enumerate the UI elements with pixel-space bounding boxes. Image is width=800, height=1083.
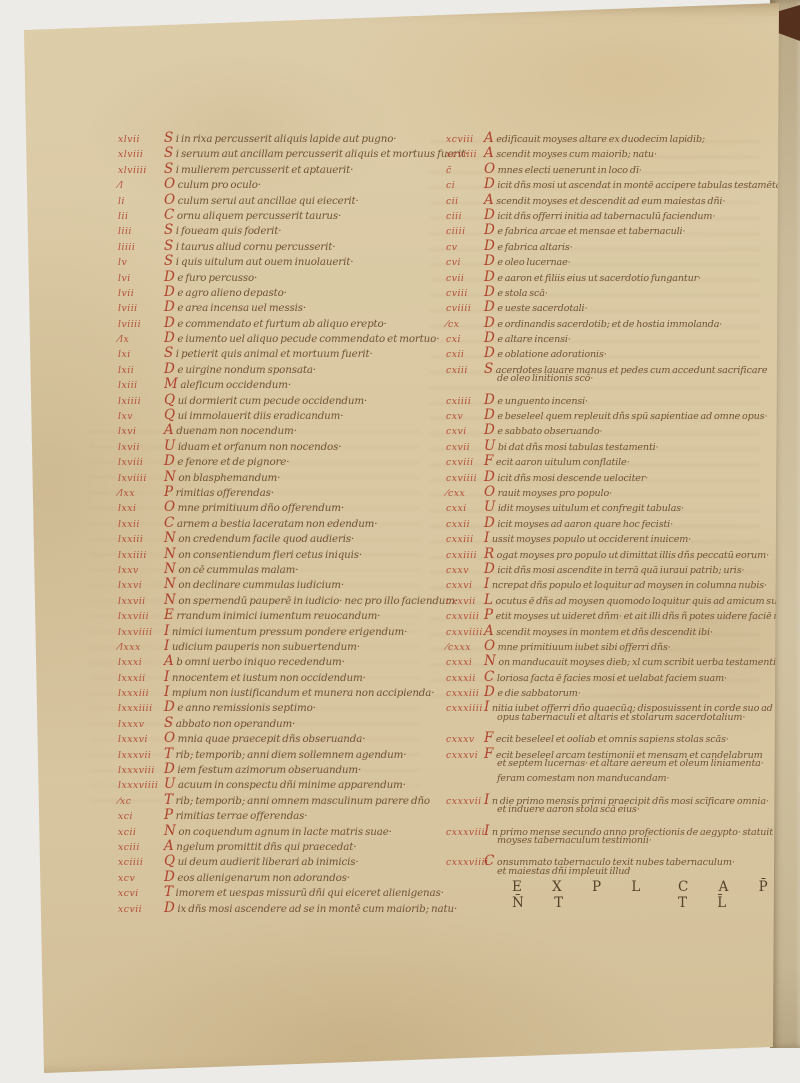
- initial-letter: S: [164, 130, 173, 146]
- entry-text: mnia quae praecepit dñs obseruanda·: [178, 733, 366, 745]
- initial-letter: D: [484, 299, 495, 315]
- chapter-numeral: cxxxiii: [446, 688, 484, 699]
- chapter-numeral: xlviiii: [118, 165, 164, 176]
- chapter-numeral: lxii: [118, 365, 164, 376]
- entry-line: Sabbato non operandum·: [164, 712, 295, 731]
- chapter-numeral: lxxxv: [118, 719, 164, 730]
- chapter-numeral: ⁄cxx: [446, 488, 484, 499]
- entry-text: on credendum facile quod audieris·: [178, 533, 354, 545]
- entry-line: Dicit dñs mosi descende uelociter·: [484, 466, 648, 485]
- initial-letter: Q: [164, 853, 175, 869]
- entry-text-continued: de oleo linitionis scō·: [497, 373, 593, 384]
- chapter-numeral: ⁄lxx: [118, 488, 164, 499]
- entry-text: i petierit quis animal et mortuum fuerit…: [176, 348, 373, 360]
- entry-line: Qui dormierit cum pecude occidendum·: [164, 389, 367, 408]
- chapter-numeral: xlvii: [118, 134, 164, 145]
- chapter-numeral: cxiii: [446, 365, 484, 376]
- chapter-numeral: ciii: [446, 211, 484, 222]
- initial-letter: D: [164, 761, 175, 777]
- entry-text: nnocentem et iustum non occidendum·: [172, 672, 366, 684]
- chapter-numeral: ⁄lx: [118, 334, 164, 345]
- chapter-numeral: lxxiiii: [118, 550, 164, 561]
- entry-text: mnes electi uenerunt in loco dī·: [498, 165, 642, 176]
- entry-text: icit dñs offerri initia ad tabernaculū f…: [497, 211, 715, 222]
- initial-letter: U: [164, 776, 175, 792]
- chapter-numeral: cxxviii: [446, 611, 484, 622]
- chapter-numeral: lxxviiii: [118, 627, 164, 638]
- initial-letter: D: [484, 238, 495, 254]
- entry-line: Ascendit moyses cum maiorib; natu·: [484, 142, 657, 161]
- entry-line: Maleficum occidendum·: [164, 373, 291, 392]
- chapter-numeral: cxxxvi: [446, 750, 484, 761]
- initial-letter: F: [484, 746, 493, 762]
- chapter-numeral: xcvi: [118, 888, 164, 899]
- initial-letter: S: [164, 238, 173, 254]
- entry-text: e fabrica altaris·: [497, 242, 572, 253]
- chapter-numeral: xcii: [118, 827, 164, 838]
- entry-line: Increpat dñs populo et loquitur ad moyse…: [484, 573, 767, 592]
- capitulum-entry: lxxxvSabbato non operandum·: [118, 712, 463, 727]
- chapter-numeral: lxvi: [118, 426, 164, 437]
- capitulum-entry: lxxiiCarnem a bestia laceratam non edend…: [118, 512, 463, 527]
- initial-letter: O: [484, 638, 495, 654]
- entry-text: idit moyses uitulum et confregit tabulas…: [498, 503, 684, 514]
- entry-text: etit moyses ut uideret dñm· et ait illi …: [496, 611, 800, 622]
- entry-line: Si in rixa percusserit aliquis lapide au…: [164, 127, 396, 146]
- initial-letter: D: [484, 515, 495, 531]
- chapter-numeral: ciiii: [446, 226, 484, 237]
- entry-text-continued: et septem lucernas· et altare aereum et …: [497, 758, 764, 769]
- initial-letter: I: [484, 699, 489, 715]
- entry-line: Dicit dñs mosi ut ascendat in montē acci…: [484, 173, 784, 192]
- entry-text: iduam et orfanum non nocendos·: [178, 441, 341, 453]
- initial-letter: O: [164, 192, 175, 208]
- capitulum-entry: cxxiiDicit moyses ad aaron quare hoc fec…: [446, 512, 776, 527]
- chapter-numeral: lxxii: [118, 519, 164, 530]
- initial-letter: S: [164, 345, 173, 361]
- initial-letter: A: [484, 130, 494, 146]
- initial-letter: A: [484, 192, 494, 208]
- initial-letter: A: [164, 422, 174, 438]
- entry-text: e iumento uel aliquo pecude commendato e…: [177, 333, 439, 345]
- initial-letter: D: [484, 284, 495, 300]
- initial-letter: D: [484, 253, 495, 269]
- chapter-numeral: ⁄lxxx: [118, 642, 164, 653]
- initial-letter: O: [484, 484, 495, 500]
- chapter-numeral: cvi: [446, 257, 484, 268]
- chapter-numeral: cv: [446, 242, 484, 253]
- entry-text: rrandum inimici iumentum reuocandum·: [176, 610, 380, 622]
- entry-text: e ueste sacerdotali·: [497, 303, 587, 314]
- entry-text-continued: et induere aaron stola scā eius·: [497, 804, 640, 815]
- chapter-numeral: lxxv: [118, 565, 164, 576]
- initial-letter: A: [164, 653, 174, 669]
- entry-line: Non blasphemandum·: [164, 466, 280, 485]
- chapter-numeral: ⁄cx: [446, 319, 484, 330]
- initial-letter: C: [484, 853, 494, 869]
- chapter-numeral: lxv: [118, 411, 164, 422]
- entry-text: rimitias terrae offerendas·: [176, 810, 308, 822]
- entry-line: Non manducauit moyses dieb; xl cum scrib…: [484, 650, 779, 669]
- entry-line: De ueste sacerdotali·: [484, 296, 587, 315]
- chapter-numeral: ⁄xc: [118, 796, 164, 807]
- capitulum-entry: lxxiOmne primitiuum dño offerendum·: [118, 496, 463, 511]
- entry-text: mne primitiuum dño offerendum·: [178, 502, 344, 514]
- chapter-numeral: lxxvii: [118, 596, 164, 607]
- entry-line: De furo percusso·: [164, 266, 257, 285]
- entry-text: icit moyses ad aaron quare hoc fecisti·: [497, 519, 673, 530]
- entry-text: rib; temporib; anni omnem masculinum par…: [176, 795, 430, 807]
- capitulum-entry: c̄Omnes electi uenerunt in loco dī·: [446, 158, 776, 173]
- initial-letter: P: [484, 607, 493, 623]
- entry-text: e aaron et filiis eius ut sacerdotio fun…: [497, 273, 701, 284]
- entry-line: Ascendit moyses in montem et dñs descend…: [484, 620, 713, 639]
- entry-line: Uidit moyses uitulum et confregit tabula…: [484, 496, 684, 515]
- entry-line: Aduenam non nocendum·: [164, 419, 297, 438]
- initial-letter: P: [164, 807, 173, 823]
- entry-line: Oculum serui aut ancillae qui eiecerit·: [164, 189, 359, 208]
- chapter-numeral: lxxvi: [118, 580, 164, 591]
- chapter-numeral: cii: [446, 196, 484, 207]
- initial-letter: D: [484, 684, 495, 700]
- chapter-numeral: lxxxviiii: [118, 780, 164, 791]
- entry-text: e uirgine nondum sponsata·: [177, 364, 316, 376]
- capitula-column-left: xlviiSi in rixa percusserit aliquis lapi…: [118, 127, 463, 912]
- entry-text: edificauit moyses altare ex duodecim lap…: [496, 134, 705, 145]
- initial-letter: C: [164, 515, 174, 531]
- chapter-numeral: cxxiii: [446, 534, 484, 545]
- entry-line: Dicit moyses ad aaron quare hoc fecisti·: [484, 512, 673, 531]
- initial-letter: S: [164, 253, 173, 269]
- entry-text-continued: moyses tabernaculum testimonii·: [497, 835, 652, 846]
- initial-letter: D: [484, 269, 495, 285]
- entry-line: Primitias terrae offerendas·: [164, 804, 307, 823]
- entry-text: e fenore et de pignore·: [177, 456, 289, 468]
- chapter-numeral: cxii: [446, 349, 484, 360]
- entry-line: De fabrica arcae et mensae et tabernacul…: [484, 219, 685, 238]
- initial-letter: S: [164, 145, 173, 161]
- initial-letter: D: [164, 284, 175, 300]
- initial-letter: N: [164, 576, 176, 592]
- entry-text: e altare incensi·: [497, 334, 570, 345]
- entry-text: ussit moyses populo ut occiderent inuice…: [492, 534, 691, 545]
- initial-letter: R: [484, 546, 494, 562]
- initial-letter: F: [484, 453, 493, 469]
- entry-text: icit dñs mosi descende uelociter·: [497, 473, 648, 484]
- entry-line: Carnem a bestia laceratam non edendum·: [164, 512, 377, 531]
- entry-line: Dix dñs mosi ascendere ad se in montē cu…: [164, 897, 457, 916]
- entry-text: on consentiendum fieri cetus iniquis·: [178, 549, 362, 561]
- initial-letter: D: [484, 207, 495, 223]
- capitulum-entry: lviiiDe area incensa uel messis·: [118, 296, 463, 311]
- entry-text: i quis uitulum aut ouem inuolauerit·: [176, 256, 354, 268]
- chapter-numeral: lxxxvii: [118, 750, 164, 761]
- initial-letter: I: [164, 669, 169, 685]
- entry-text: e commendato et furtum ab aliquo erepto·: [177, 318, 386, 330]
- chapter-numeral: lxvii: [118, 442, 164, 453]
- capitulum-entry: lviiDe agro alieno depasto·: [118, 281, 463, 296]
- initial-letter: N: [164, 823, 176, 839]
- chapter-numeral: cviiii: [446, 303, 484, 314]
- chapter-numeral: cxxxiiii: [446, 703, 484, 714]
- entry-line: Si taurus aliud cornu percusserit·: [164, 235, 335, 254]
- entry-line: Aedificauit moyses altare ex duodecim la…: [484, 127, 705, 146]
- entry-text: e furo percusso·: [177, 272, 257, 284]
- chapter-numeral: lxviii: [118, 457, 164, 468]
- entry-text: e oleo lucernae·: [497, 257, 570, 268]
- chapter-numeral: cxxxvii: [446, 796, 484, 807]
- entry-line: Iussit moyses populo ut occiderent inuic…: [484, 527, 691, 546]
- chapter-numeral: cxiiii: [446, 396, 484, 407]
- entry-text-continued: opus tabernaculi et altaris et stolarum …: [497, 712, 745, 723]
- chapter-numeral: lviiii: [118, 319, 164, 330]
- chapter-numeral: lii: [118, 211, 164, 222]
- chapter-numeral: xcviii: [446, 134, 484, 145]
- initial-letter: N: [164, 561, 176, 577]
- capitulum-entry: ⁄lxxPrimitias offerendas·: [118, 481, 463, 496]
- entry-line: De fabrica altaris·: [484, 235, 573, 254]
- capitulum-entry: cxviiUbi dat dñs mosi tabulas testamenti…: [446, 435, 776, 450]
- capitulum-entry: cxxxvFecit beseleel et ooliab et omnis s…: [446, 727, 776, 742]
- entry-text: ix dñs mosi ascendere ad se in montē cum…: [177, 903, 457, 915]
- entry-line: Trib; temporib; anni diem sollemnem agen…: [164, 743, 406, 762]
- chapter-numeral: lxiii: [118, 380, 164, 391]
- entry-text: i seruum aut ancillam percusserit aliqui…: [176, 148, 469, 160]
- chapter-numeral: cxviii: [446, 457, 484, 468]
- entry-line: Locutus ē dñs ad moysen quomodo loquitur…: [484, 589, 795, 608]
- initial-letter: D: [484, 407, 495, 423]
- initial-letter: F: [484, 730, 493, 746]
- initial-letter: O: [164, 176, 175, 192]
- capitulum-entry: xcvDeos alienigenarum non adorandos·: [118, 866, 463, 881]
- chapter-numeral: xcv: [118, 873, 164, 884]
- capitulum-entry: lxiiDe uirgine nondum sponsata·: [118, 358, 463, 373]
- initial-letter: D: [484, 392, 495, 408]
- initial-letter: D: [484, 222, 495, 238]
- initial-letter: S: [484, 361, 493, 377]
- explicit-line: E X P L N̄ T C A P̄ T L̄: [512, 879, 800, 911]
- entry-text: on cē cummulas malam·: [178, 564, 298, 576]
- entry-line: Ab omni uerbo iniquo recedendum·: [164, 650, 345, 669]
- chapter-numeral: ⁄l: [118, 180, 164, 191]
- entry-text: icit dñs mosi ascendite in terrā quā iur…: [497, 565, 744, 576]
- chapter-numeral: cxxi: [446, 503, 484, 514]
- entry-text: i taurus aliud cornu percusserit·: [176, 241, 336, 253]
- initial-letter: N: [164, 469, 176, 485]
- chapter-numeral: xlviii: [118, 149, 164, 160]
- explicit-word: E X P L N̄ T: [512, 879, 662, 911]
- entry-text: rauit moyses pro populo·: [498, 488, 612, 499]
- entry-line: Innocentem et iustum non occidendum·: [164, 666, 366, 685]
- chapter-numeral: cxxxviiii: [446, 857, 484, 868]
- entry-line: Cloriosa facta ē facies mosi et uelabat …: [484, 666, 727, 685]
- capitulum-entry: cxxxviiiIn primo mense secundo anno prof…: [446, 820, 776, 835]
- entry-text: rimitias offerendas·: [176, 487, 274, 499]
- chapter-numeral: cvii: [446, 273, 484, 284]
- entry-text: e beseleel quem repleuit dñs spū sapient…: [497, 411, 767, 422]
- initial-letter: M: [164, 376, 178, 392]
- entry-text: on spernendū pauperē in iudicio· nec pro…: [178, 595, 458, 607]
- initial-letter: C: [484, 669, 494, 685]
- entry-text: i in rixa percusserit aliquis lapide aut…: [176, 133, 397, 145]
- initial-letter: D: [164, 299, 175, 315]
- initial-letter: D: [164, 315, 175, 331]
- chapter-numeral: cxvii: [446, 442, 484, 453]
- chapter-numeral: cxxvii: [446, 596, 484, 607]
- entry-text: duenam non nocendum·: [176, 425, 296, 437]
- entry-line: Si seruum aut ancillam percusserit aliqu…: [164, 142, 468, 161]
- entry-text: arnem a bestia laceratam non edendum·: [177, 518, 378, 530]
- entry-line: Fecit aaron uitulum conflatile·: [484, 450, 630, 469]
- entry-text: rib; temporib; anni diem sollemnem agend…: [176, 749, 407, 761]
- capitulum-entry: cxiiiSacerdotes lauare manus et pedes cu…: [446, 358, 776, 373]
- initial-letter: I: [164, 684, 169, 700]
- entry-text: ogat moyses pro populo ut dimittat illis…: [497, 550, 769, 561]
- initial-letter: O: [484, 161, 495, 177]
- entry-text: mne primitiuum iubet sibi offerri dñs·: [498, 642, 671, 653]
- capitulum-entry: xlviiSi in rixa percusserit aliquis lapi…: [118, 127, 463, 142]
- initial-letter: D: [164, 330, 175, 346]
- initial-letter: U: [164, 438, 175, 454]
- chapter-numeral: cxxiiii: [446, 550, 484, 561]
- entry-line: Non credendum facile quod audieris·: [164, 527, 354, 546]
- chapter-numeral: cxi: [446, 334, 484, 345]
- entry-text: ui dormierit cum pecude occidendum·: [178, 395, 368, 407]
- chapter-numeral: cxxv: [446, 565, 484, 576]
- entry-text: nimici iumentum pressum pondere erigendu…: [172, 626, 407, 638]
- initial-letter: I: [484, 823, 489, 839]
- initial-letter: T: [164, 792, 173, 808]
- entry-text: bi dat dñs mosi tabulas testamenti·: [498, 442, 659, 453]
- entry-text: ncrepat dñs populo et loquitur ad moysen…: [492, 580, 767, 591]
- chapter-numeral: lxxxviii: [118, 765, 164, 776]
- chapter-numeral: cxviiii: [446, 473, 484, 484]
- chapter-numeral: cxvi: [446, 426, 484, 437]
- chapter-numeral: ci: [446, 180, 484, 191]
- initial-letter: O: [164, 730, 175, 746]
- chapter-numeral: xciii: [118, 842, 164, 853]
- entry-line: De ordinandis sacerdotib; et de hostia i…: [484, 312, 722, 331]
- entry-text: scendit moyses in montem et dñs descendi…: [496, 627, 713, 638]
- entry-line: Deos alienigenarum non adorandos·: [164, 866, 350, 885]
- chapter-numeral: lxxxvi: [118, 734, 164, 745]
- capitulum-entry: lxviiUiduam et orfanum non nocendos·: [118, 435, 463, 450]
- entry-text: on manducauit moyses dieb; xl cum scribi…: [498, 657, 779, 668]
- entry-text: scendit moyses cum maiorib; natu·: [496, 149, 657, 160]
- entry-text: iem festum azimorum obseruandum·: [177, 764, 361, 776]
- entry-text: culum pro oculo·: [178, 179, 261, 191]
- initial-letter: E: [164, 607, 174, 623]
- entry-line: Ascendit moyses et descendit ad eum maie…: [484, 189, 725, 208]
- initial-letter: Q: [164, 407, 175, 423]
- chapter-numeral: li: [118, 196, 164, 207]
- chapter-numeral: cxxxi: [446, 657, 484, 668]
- initial-letter: D: [164, 699, 175, 715]
- chapter-numeral: lxxxii: [118, 673, 164, 684]
- entry-line: Oculum pro oculo·: [164, 173, 261, 192]
- manuscript-photo: xlviiSi in rixa percusserit aliquis lapi…: [0, 0, 800, 1083]
- capitulum-entry: cxxxviiiiConsummato tabernaculo texit nu…: [446, 850, 776, 865]
- chapter-numeral: cxv: [446, 411, 484, 422]
- chapter-numeral: lvii: [118, 288, 164, 299]
- entry-text: scendit moyses et descendit ad eum maies…: [496, 196, 725, 207]
- entry-text: ngelum promittit dñs qui praecedat·: [176, 841, 356, 853]
- chapter-numeral: lviii: [118, 303, 164, 314]
- entry-line: Omnia quae praecepit dñs obseruanda·: [164, 727, 365, 746]
- initial-letter: D: [484, 315, 495, 331]
- capitulum-entry: ⁄cxDe ordinandis sacerdotib; et de hosti…: [446, 312, 776, 327]
- entry-text: abbato non operandum·: [176, 718, 296, 730]
- entry-line: Uiduam et orfanum non nocendos·: [164, 435, 341, 454]
- chapter-numeral: lxxxiii: [118, 688, 164, 699]
- initial-letter: Q: [164, 392, 175, 408]
- initial-letter: A: [484, 623, 494, 639]
- chapter-numeral: xcviiii: [446, 149, 484, 160]
- initial-letter: I: [484, 530, 489, 546]
- capitulum-entry: cxiiiiDe unguento incensi·: [446, 389, 776, 404]
- entry-text: e sabbato obseruando·: [497, 426, 602, 437]
- initial-letter: N: [164, 592, 176, 608]
- entry-line: De sabbato obseruando·: [484, 419, 602, 438]
- initial-letter: D: [164, 900, 175, 916]
- chapter-numeral: cxxii: [446, 519, 484, 530]
- entry-text: ornu aliquem percusserit taurus·: [177, 210, 341, 222]
- capitulum-entry: cxxxiiiiInitia iubet offerri dño quaecūq…: [446, 696, 776, 711]
- entry-line: Trib; temporib; anni omnem masculinum pa…: [164, 789, 430, 808]
- entry-line: Omne primitiuum dño offerendum·: [164, 496, 344, 515]
- initial-letter: C: [164, 207, 174, 223]
- entry-line: De uirgine nondum sponsata·: [164, 358, 316, 377]
- capitulum-entry: cviDe oleo lucernae·: [446, 250, 776, 265]
- entry-line: De fenore et de pignore·: [164, 450, 289, 469]
- entry-line: De oblatione adorationis·: [484, 342, 607, 361]
- initial-letter: D: [164, 869, 175, 885]
- entry-line: Si petierit quis animal et mortuum fueri…: [164, 342, 373, 361]
- initial-letter: D: [164, 453, 175, 469]
- capitulum-continuation: feram comestam non manducandam·: [446, 773, 776, 788]
- entry-text: e oblatione adorationis·: [497, 349, 606, 360]
- capitulum-entry: cxxviiLocutus ē dñs ad moysen quomodo lo…: [446, 589, 776, 604]
- entry-text: e fabrica arcae et mensae et tabernaculi…: [497, 226, 685, 237]
- initial-letter: U: [484, 499, 495, 515]
- initial-letter: N: [164, 530, 176, 546]
- entry-line: Si foueam quis foderit·: [164, 219, 281, 238]
- entry-text: loriosa facta ē facies mosi et uelabat f…: [497, 673, 727, 684]
- initial-letter: D: [484, 330, 495, 346]
- entry-line: De unguento incensi·: [484, 389, 588, 408]
- entry-line: Non spernendū pauperē in iudicio· nec pr…: [164, 589, 458, 608]
- chapter-numeral: xcvii: [118, 904, 164, 915]
- chapter-numeral: cxxxii: [446, 673, 484, 684]
- chapter-numeral: c̄: [446, 165, 484, 176]
- chapter-numeral: liii: [118, 226, 164, 237]
- entry-line: Rogat moyses pro populo ut dimittat illi…: [484, 543, 769, 562]
- capitulum-entry: xcviiiAedificauit moyses altare ex duode…: [446, 127, 776, 142]
- entry-line: Non consentiendum fieri cetus iniquis·: [164, 543, 362, 562]
- chapter-numeral: xci: [118, 811, 164, 822]
- chapter-numeral: lxxxiiii: [118, 703, 164, 714]
- initial-letter: D: [484, 422, 495, 438]
- chapter-numeral: xciiii: [118, 857, 164, 868]
- chapter-numeral: liiii: [118, 242, 164, 253]
- entry-text: imorem et uespas missurū dñi qui eiceret…: [176, 887, 444, 899]
- chapter-numeral: lxiiii: [118, 396, 164, 407]
- initial-letter: N: [484, 653, 496, 669]
- entry-line: Qui deum audierit liberari ab inimicis·: [164, 850, 359, 869]
- chapter-numeral: cxxvi: [446, 580, 484, 591]
- chapter-numeral: lvi: [118, 273, 164, 284]
- entry-text-continued: et maiestas dñi impleuit illud: [497, 866, 630, 877]
